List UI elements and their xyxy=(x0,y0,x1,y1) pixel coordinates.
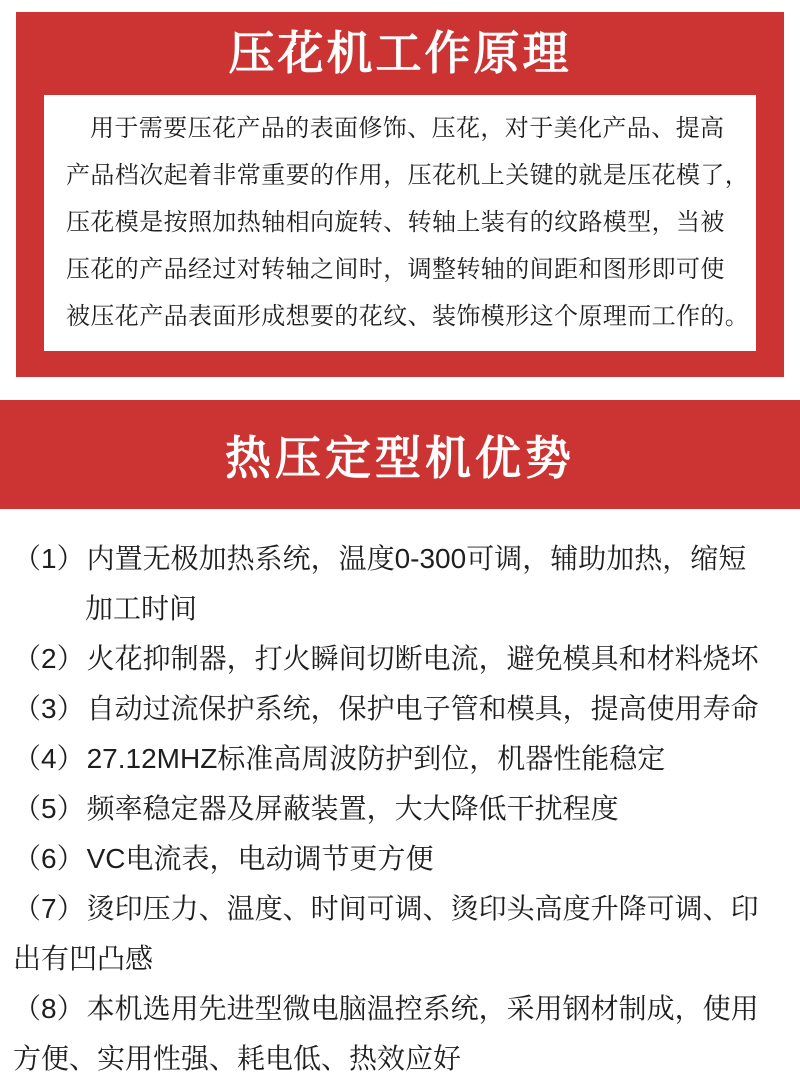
advantages-banner-title: 热压定型机优势 xyxy=(225,422,575,488)
advantage-item-line: （8）本机选用先进型微电脑温控系统，采用钢材制成，使用 xyxy=(13,984,785,1034)
advantage-item-line: （2）火花抑制器，打火瞬间切断电流，避免模具和材料烧坏 xyxy=(13,634,785,684)
advantage-item: （1）内置无极加热系统，温度0-300可调，辅助加热，缩短 加工时间 xyxy=(13,534,785,634)
principle-section: 压花机工作原理 用于需要压花产品的表面修饰、压花，对于美化产品、提高 产品档次起… xyxy=(16,12,784,377)
advantage-item: （2）火花抑制器，打火瞬间切断电流，避免模具和材料烧坏 xyxy=(13,634,785,684)
advantage-item-text: 本机选用先进型微电脑温控系统，采用钢材制成，使用 xyxy=(87,993,759,1024)
advantage-item-text: VC电流表，电动调节更方便 xyxy=(87,843,434,874)
advantage-item-line: 方便、实用性强、耗电低、热效应好 xyxy=(13,1034,785,1084)
advantage-item-number: （5） xyxy=(13,793,85,824)
advantage-item: （4）27.12MHZ标准高周波防护到位，机器性能稳定 xyxy=(13,734,785,784)
page: { "colors": { "brand_red": "#cc3333", "t… xyxy=(0,0,800,1090)
advantage-item-line: （7）烫印压力、温度、时间可调、烫印头高度升降可调、印 xyxy=(13,884,785,934)
advantages-list: （1）内置无极加热系统，温度0-300可调，辅助加热，缩短 加工时间 （2）火花… xyxy=(0,534,800,1084)
principle-paragraph-line: 被压花产品表面形成想要的花纹、装饰模形这个原理而工作的。 xyxy=(66,293,736,340)
advantage-item-number: （3） xyxy=(13,693,85,724)
advantage-item-text: 自动过流保护系统，保护电子管和模具，提高使用寿命 xyxy=(87,693,759,724)
advantage-item-line: （3）自动过流保护系统，保护电子管和模具，提高使用寿命 xyxy=(13,684,785,734)
advantage-item-line: （6）VC电流表，电动调节更方便 xyxy=(13,834,785,884)
advantage-item-text: 烫印压力、温度、时间可调、烫印头高度升降可调、印 xyxy=(87,893,759,924)
advantage-item-text: 频率稳定器及屏蔽装置，大大降低干扰程度 xyxy=(87,793,619,824)
advantage-item-line: （5）频率稳定器及屏蔽装置，大大降低干扰程度 xyxy=(13,784,785,834)
advantage-item-text: 内置无极加热系统，温度0-300可调，辅助加热，缩短 xyxy=(87,543,747,574)
advantage-item-number: （6） xyxy=(13,843,85,874)
principle-paragraph-line: 产品档次起着非常重要的作用，压花机上关键的就是压花模了， xyxy=(66,152,736,199)
advantage-item: （3）自动过流保护系统，保护电子管和模具，提高使用寿命 xyxy=(13,684,785,734)
advantage-item-text: 火花抑制器，打火瞬间切断电流，避免模具和材料烧坏 xyxy=(87,643,759,674)
advantage-item: （6）VC电流表，电动调节更方便 xyxy=(13,834,785,884)
advantage-item-number: （4） xyxy=(13,743,85,774)
advantages-banner: 热压定型机优势 xyxy=(0,400,800,509)
advantage-item-number: （7） xyxy=(13,893,85,924)
advantage-item-line: 出有凹凸感 xyxy=(13,934,785,984)
advantage-item-line: （4）27.12MHZ标准高周波防护到位，机器性能稳定 xyxy=(13,734,785,784)
principle-section-title: 压花机工作原理 xyxy=(16,12,784,95)
principle-text-panel: 用于需要压花产品的表面修饰、压花，对于美化产品、提高 产品档次起着非常重要的作用… xyxy=(44,95,756,351)
advantage-item: （5）频率稳定器及屏蔽装置，大大降低干扰程度 xyxy=(13,784,785,834)
principle-paragraph-line: 压花的产品经过对转轴之间时，调整转轴的间距和图形即可使 xyxy=(66,246,736,293)
principle-paragraph-line: 用于需要压花产品的表面修饰、压花，对于美化产品、提高 xyxy=(66,105,736,152)
advantage-item-number: （1） xyxy=(13,543,85,574)
advantage-item: （7）烫印压力、温度、时间可调、烫印头高度升降可调、印 出有凹凸感 xyxy=(13,884,785,984)
advantage-item-number: （8） xyxy=(13,993,85,1024)
advantage-item-line: 加工时间 xyxy=(13,584,785,634)
advantage-item-text: 27.12MHZ标准高周波防护到位，机器性能稳定 xyxy=(87,743,666,774)
advantage-item-number: （2） xyxy=(13,643,85,674)
advantage-item: （8）本机选用先进型微电脑温控系统，采用钢材制成，使用 方便、实用性强、耗电低、… xyxy=(13,984,785,1084)
principle-paragraph-line: 压花模是按照加热轴相向旋转、转轴上装有的纹路模型，当被 xyxy=(66,199,736,246)
advantage-item-line: （1）内置无极加热系统，温度0-300可调，辅助加热，缩短 xyxy=(13,534,785,584)
